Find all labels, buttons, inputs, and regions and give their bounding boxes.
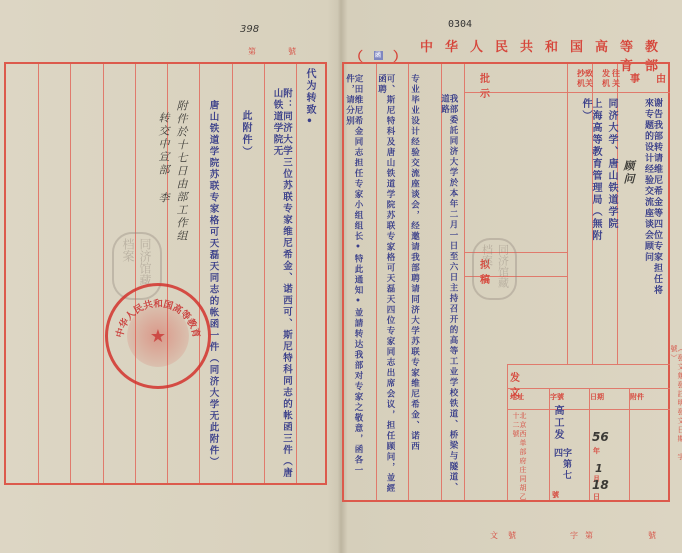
approval-label: 批示 [480,70,550,100]
archive-seal-stamp-right: 同济馆藏档案 [472,238,517,300]
body-column-2: 专业毕业设计经验交流座谈会，经邀请我部聘请同济大学苏联专家维尼希金、诺西 [410,74,419,494]
issue-date-label: 日期 [590,392,604,402]
text-column-4: 唐山铁道学院苏联专家格可天磊天同志的帐函一件（同济大学无此附件） [208,100,218,470]
issue-date-day: 18 [592,478,609,492]
text-column-3: 此附件） [240,110,250,170]
cc-label: 抄致机关 [577,68,599,88]
right-page: 0304 （ 函 ） 中华人民共和国高等教育部 [330,0,682,553]
issue-number-prefix: 高工发 [552,405,562,445]
body-column-3: 可、斯尼特科及唐山铁道学院苏联专家格可天磊天四位专家同志出席会议，担任顾问，並經… [377,74,394,494]
subject-text: 谢告我部转请维尼希金等四位专家担任将來专题的设计经验交流座谈会顾问 [643,98,661,298]
issue-address: 北京西单部府庄同胡乙十二號 [512,412,526,502]
issue-date-year-label: 年 [593,446,600,456]
document-number-stamp: 0304 [448,19,472,30]
issue-address-label: 地址 [510,392,524,402]
body-column-1: 我部委託同济大学於本年二月一日至六日主持召开的高等工业学校铁道、桥梁与隧道、道路 [440,94,457,494]
cc-text: 上海高等教育管理局（無附件） [580,98,600,248]
body-column-4: 定田维尼希金同志担任专家小组组长•特此通知•並請转达我部对专家之敬意，函各一件，… [345,74,362,494]
archive-seal-text: 同济馆藏档案 [479,244,511,294]
subject-handwritten: 顾问 [623,160,634,190]
scanned-document: 398 第 號 代为转致• 附：同济大学三位苏联专家维尼希金、诺西可、斯尼特科同… [0,0,682,553]
seal-ring-text: 中华人民共和国高等教育部 [108,286,208,386]
handwritten-page-number: 398 [240,24,259,35]
issue-label: 发文 [510,369,640,399]
issue-number-mid: 字第七四 [552,448,570,488]
header-label-di: 第 [248,46,256,57]
issue-attachment-label: 附件 [630,392,644,402]
send-to-text: 同济大学、唐山铁道学院 [606,98,616,248]
svg-text:中华人民共和国高等教育部: 中华人民共和国高等教育部 [108,286,203,340]
header-label-hao: 號 [288,46,296,57]
footer-zi: 字 [570,530,578,541]
text-column-2: 附：同济大学三位苏联专家维尼希金、诺西可、斯尼特科同志的帐函三件（唐山铁道学院无 [272,88,291,488]
left-page: 398 第 號 代为转致• 附：同济大学三位苏联专家维尼希金、诺西可、斯尼特科同… [0,0,330,553]
footer-di: 第 [585,530,593,541]
footer-wenhao: 文號 [490,530,526,541]
issue-side-note: （發文幾發註明發文日期、字號） [670,345,682,475]
send-to-label: 发往机关 [602,68,622,92]
issue-number-suffix: 號 [552,490,559,500]
issue-date-day-label: 日 [593,492,600,502]
issue-date-year: 56 [592,430,609,444]
official-red-seal: ★ 中华人民共和国高等教育部 [105,283,211,389]
footer-hao: 號 [648,530,656,541]
issue-number-label: 字號 [550,392,564,402]
category-mark: 函 [374,51,383,60]
subject-label: 事由 [630,70,682,85]
text-column-1: 代为转致• [304,68,314,148]
handwritten-note-line-1: 附件於十七日由部工作组 [176,100,187,300]
